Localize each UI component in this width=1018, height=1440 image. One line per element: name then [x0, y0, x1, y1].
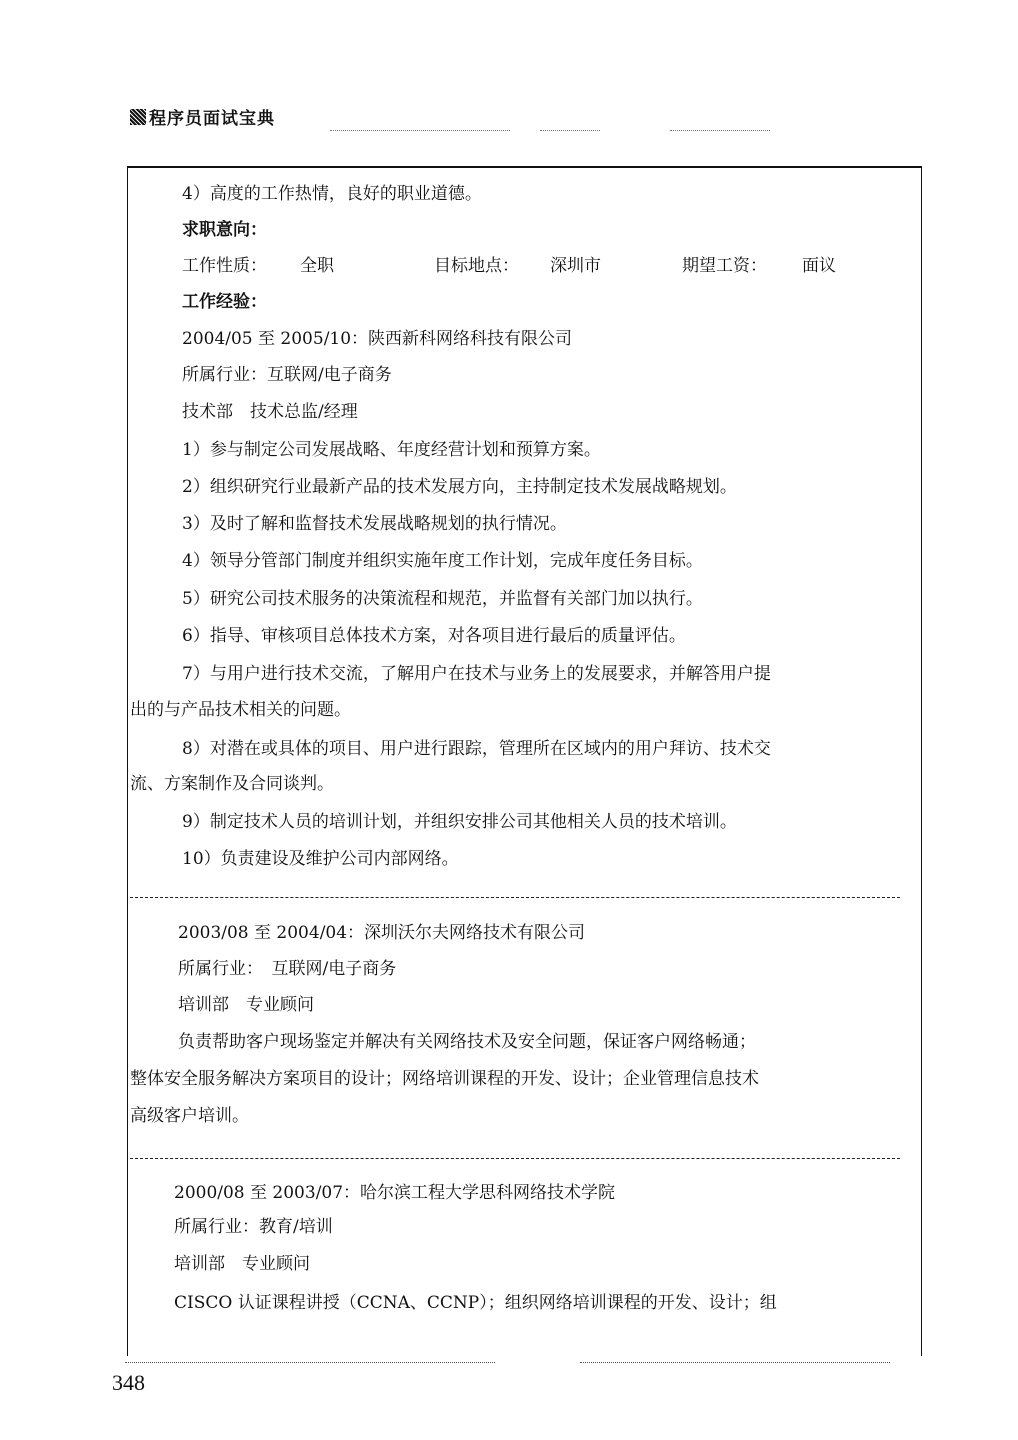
job1-duty: 8）对潜在或具体的项目、用户进行跟踪，管理所在区域内的用户拜访、技术交: [182, 738, 771, 760]
header-rule: [540, 130, 600, 131]
job1-duty: 9）制定技术人员的培训计划，并组织安排公司其他相关人员的技术培训。: [182, 811, 737, 833]
section-divider: [130, 1158, 900, 1159]
job1-duty: 出的与产品技术相关的问题。: [130, 699, 351, 721]
job1-duty: 流、方案制作及合同谈判。: [130, 773, 334, 795]
section-heading-experience: 工作经验：: [182, 291, 267, 313]
job1-duty: 2）组织研究行业最新产品的技术发展方向，主持制定技术发展战略规划。: [182, 476, 737, 498]
book-title: 程序员面试宝典: [149, 104, 275, 129]
job2-dept: 培训部 专业顾问: [178, 994, 314, 1016]
running-head: 程序员面试宝典: [130, 104, 275, 129]
page-number: 348: [112, 1370, 145, 1396]
job1-dept: 技术部 技术总监/经理: [182, 401, 358, 423]
job1-duty: 6）指导、审核项目总体技术方案，对各项目进行最后的质量评估。: [182, 625, 686, 647]
location-label: 目标地点：: [434, 255, 519, 277]
header-rule: [330, 130, 510, 131]
job2-desc: 整体安全服务解决方案项目的设计；网络培训课程的开发、设计；企业管理信息技术: [130, 1068, 759, 1090]
job1-duty: 5）研究公司技术服务的决策流程和规范，并监督有关部门加以执行。: [182, 588, 703, 610]
job3-period: 2000/08 至 2003/07：哈尔滨工程大学思科网络技术学院: [174, 1182, 615, 1204]
header-rule: [670, 130, 770, 131]
job3-dept: 培训部 专业顾问: [174, 1253, 310, 1275]
job1-duty: 3）及时了解和监督技术发展战略规划的执行情况。: [182, 513, 567, 535]
job1-industry: 所属行业：互联网/电子商务: [182, 364, 392, 386]
location-value: 深圳市: [550, 255, 601, 277]
quality-item-4: 4）高度的工作热情，良好的职业道德。: [182, 183, 482, 205]
job2-desc: 高级客户培训。: [130, 1105, 249, 1127]
job3-industry: 所属行业：教育/培训: [174, 1216, 333, 1238]
salary-label: 期望工资：: [682, 255, 767, 277]
book-logo-icon: [130, 109, 146, 125]
job1-duty: 7）与用户进行技术交流，了解用户在技术与业务上的发展要求，并解答用户提: [182, 663, 771, 685]
job2-desc: 负责帮助客户现场鉴定并解决有关网络技术及安全问题，保证客户网络畅通；: [178, 1031, 756, 1053]
section-divider: [130, 897, 900, 898]
section-heading-intent: 求职意向：: [182, 219, 267, 241]
footer-rule: [125, 1362, 495, 1363]
job1-duty: 1）参与制定公司发展战略、年度经营计划和预算方案。: [182, 439, 601, 461]
job-type-label: 工作性质：: [182, 255, 267, 277]
job3-desc: CISCO 认证课程讲授（CCNA、CCNP）；组织网络培训课程的开发、设计；组: [174, 1292, 777, 1314]
job1-duty: 4）领导分管部门制度并组织实施年度工作计划，完成年度任务目标。: [182, 550, 703, 572]
footer-rule: [580, 1362, 890, 1363]
job2-industry: 所属行业： 互联网/电子商务: [178, 958, 396, 980]
salary-value: 面议: [802, 255, 836, 277]
job1-duty: 10）负责建设及维护公司内部网络。: [182, 848, 459, 870]
job2-period: 2003/08 至 2004/04：深圳沃尔夫网络技术有限公司: [178, 922, 585, 944]
job1-period: 2004/05 至 2005/10：陕西新科网络科技有限公司: [182, 328, 572, 350]
job-type-value: 全职: [300, 255, 334, 277]
